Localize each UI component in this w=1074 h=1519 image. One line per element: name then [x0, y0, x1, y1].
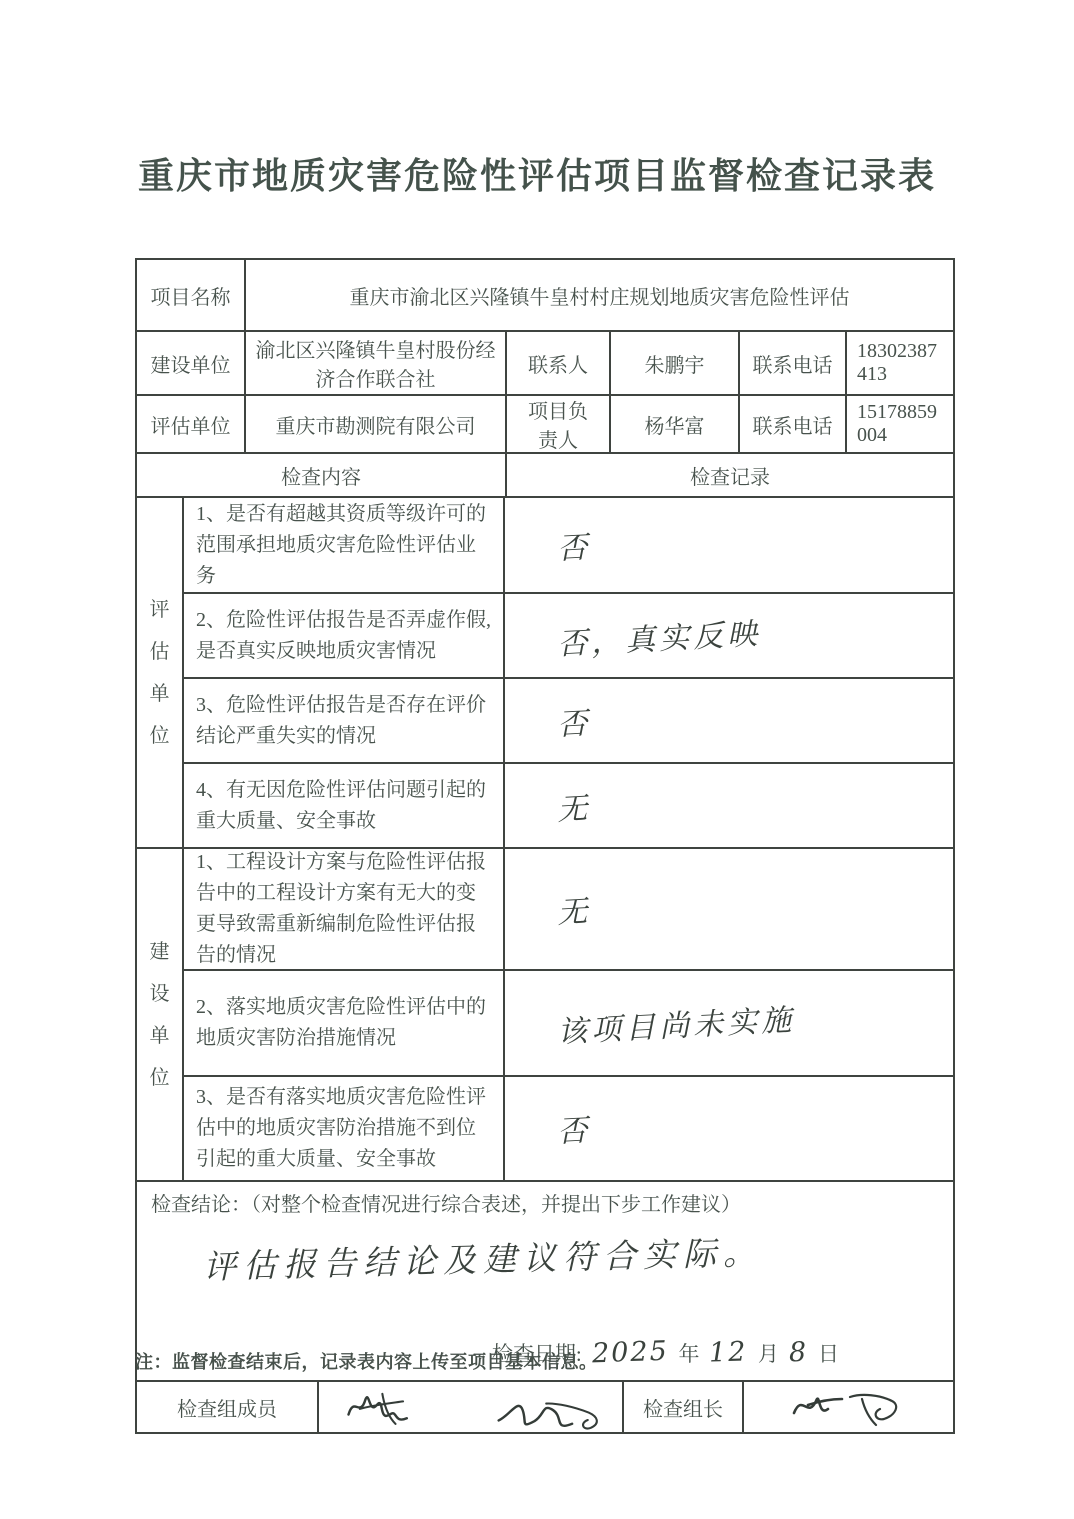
handwritten-day: 8	[788, 1337, 808, 1369]
check-item: 3、危险性评估报告是否存在评价结论严重失实的情况 否	[184, 677, 953, 762]
year-suffix: 年	[678, 1338, 699, 1368]
check-item: 1、工程设计方案与危险性评估报告中的工程设计方案有无大的变更导致需重新编制危险性…	[184, 849, 953, 969]
handwritten-answer: 否	[556, 698, 592, 744]
phone-number: 18302387413	[845, 332, 953, 394]
section-construction-unit: 建设单位 1、工程设计方案与危险性评估报告中的工程设计方案有无大的变更导致需重新…	[137, 847, 953, 1180]
team-leader-label: 检查组长	[622, 1382, 742, 1432]
phone-label: 联系电话	[738, 396, 845, 452]
project-name-label: 项目名称	[137, 260, 244, 330]
month-suffix: 月	[758, 1338, 779, 1368]
contact-label: 联系人	[505, 332, 609, 394]
handwritten-answer: 无	[556, 886, 592, 932]
check-item: 3、是否有落实地质灾害危险性评估中的地质灾害防治措施不到位引起的重大质量、安全事…	[184, 1075, 953, 1181]
section-assessment-unit: 评估单位 1、是否有超越其资质等级许可的范围承担地质灾害危险性评估业务 否 2、…	[137, 496, 953, 847]
day-suffix: 日	[818, 1338, 839, 1368]
check-answer: 否	[505, 1077, 953, 1181]
check-answer: 否	[505, 498, 953, 592]
team-members-signatures	[317, 1382, 622, 1432]
assessment-unit-row: 评估单位 重庆市勘测院有限公司 项目负责人 杨华富 联系电话 151788590…	[137, 394, 953, 452]
project-lead-label: 项目负责人	[505, 396, 609, 452]
check-content-header: 检查内容	[137, 454, 505, 496]
section-items: 1、是否有超越其资质等级许可的范围承担地质灾害危险性评估业务 否 2、危险性评估…	[184, 498, 953, 847]
contact-name: 朱鹏宇	[609, 332, 738, 394]
handwritten-answer: 否	[556, 1105, 592, 1151]
check-item: 1、是否有超越其资质等级许可的范围承担地质灾害危险性评估业务 否	[184, 498, 953, 592]
footer-note: 注：监督检查结束后，记录表内容上传至项目基本信息。	[135, 1348, 598, 1374]
signature-scribble	[784, 1385, 914, 1429]
check-header-row: 检查内容 检查记录	[137, 452, 953, 496]
check-question: 3、危险性评估报告是否存在评价结论严重失实的情况	[184, 679, 505, 762]
section-items: 1、工程设计方案与危险性评估报告中的工程设计方案有无大的变更导致需重新编制危险性…	[184, 849, 953, 1180]
section-unit-label: 建设单位	[137, 849, 184, 1180]
check-question: 1、工程设计方案与危险性评估报告中的工程设计方案有无大的变更导致需重新编制危险性…	[184, 849, 505, 969]
section-unit-label-text: 建设单位	[149, 931, 171, 1099]
check-question: 2、落实地质灾害危险性评估中的地质灾害防治措施情况	[184, 971, 505, 1075]
project-name-value: 重庆市渝北区兴隆镇牛皇村村庄规划地质灾害危险性评估	[244, 260, 953, 330]
check-answer: 否，真实反映	[505, 594, 953, 677]
check-question: 4、有无因危险性评估问题引起的重大质量、安全事故	[184, 764, 505, 847]
record-table: 项目名称 重庆市渝北区兴隆镇牛皇村村庄规划地质灾害危险性评估 建设单位 渝北区兴…	[135, 258, 955, 1434]
construction-unit-row: 建设单位 渝北区兴隆镇牛皇村股份经济合作联合社 联系人 朱鹏宇 联系电话 183…	[137, 330, 953, 394]
check-record-header: 检查记录	[505, 454, 953, 496]
section-unit-label-text: 评估单位	[149, 589, 171, 757]
project-lead-name: 杨华富	[609, 396, 738, 452]
assessment-unit-label: 评估单位	[137, 396, 244, 452]
check-question: 2、危险性评估报告是否弄虚作假,是否真实反映地质灾害情况	[184, 594, 505, 677]
team-leader-signature	[742, 1382, 953, 1432]
handwritten-answer: 该项目尚未实施	[556, 995, 796, 1051]
handwritten-conclusion: 评估报告结论及建议符合实际。	[202, 1227, 763, 1289]
handwritten-month: 12	[709, 1336, 748, 1368]
handwritten-answer: 否，真实反映	[556, 608, 762, 663]
handwritten-year: 2025	[591, 1336, 669, 1370]
check-item: 4、有无因危险性评估问题引起的重大质量、安全事故 无	[184, 762, 953, 847]
handwritten-answer: 无	[556, 783, 592, 829]
conclusion-label: 检查结论：（对整个检查情况进行综合表述，并提出下步工作建议）	[151, 1190, 939, 1220]
phone-label: 联系电话	[738, 332, 845, 394]
page-title: 重庆市地质灾害危险性评估项目监督检查记录表	[0, 148, 1074, 199]
project-name-row: 项目名称 重庆市渝北区兴隆镇牛皇村村庄规划地质灾害危险性评估	[137, 260, 953, 330]
team-members-label: 检查组成员	[137, 1382, 317, 1432]
signature-row: 检查组成员 检查组长	[137, 1380, 953, 1432]
check-item: 2、落实地质灾害危险性评估中的地质灾害防治措施情况 该项目尚未实施	[184, 969, 953, 1075]
assessment-unit-value: 重庆市勘测院有限公司	[244, 396, 505, 452]
construction-unit-label: 建设单位	[137, 332, 244, 394]
handwritten-answer: 否	[556, 522, 592, 568]
construction-unit-value: 渝北区兴隆镇牛皇村股份经济合作联合社	[244, 332, 505, 394]
signature-scribble	[341, 1385, 454, 1429]
check-answer: 无	[505, 849, 953, 969]
check-answer: 无	[505, 764, 953, 847]
check-item: 2、危险性评估报告是否弄虚作假,是否真实反映地质灾害情况 否，真实反映	[184, 592, 953, 677]
signature-scribble	[492, 1387, 619, 1446]
phone-number: 15178859004	[845, 396, 953, 452]
section-unit-label: 评估单位	[137, 498, 184, 847]
check-question: 1、是否有超越其资质等级许可的范围承担地质灾害危险性评估业务	[184, 498, 505, 592]
check-question: 3、是否有落实地质灾害危险性评估中的地质灾害防治措施不到位引起的重大质量、安全事…	[184, 1077, 505, 1181]
check-answer: 该项目尚未实施	[505, 971, 953, 1075]
document-page: 重庆市地质灾害危险性评估项目监督检查记录表 项目名称 重庆市渝北区兴隆镇牛皇村村…	[0, 148, 1074, 199]
check-answer: 否	[505, 679, 953, 762]
